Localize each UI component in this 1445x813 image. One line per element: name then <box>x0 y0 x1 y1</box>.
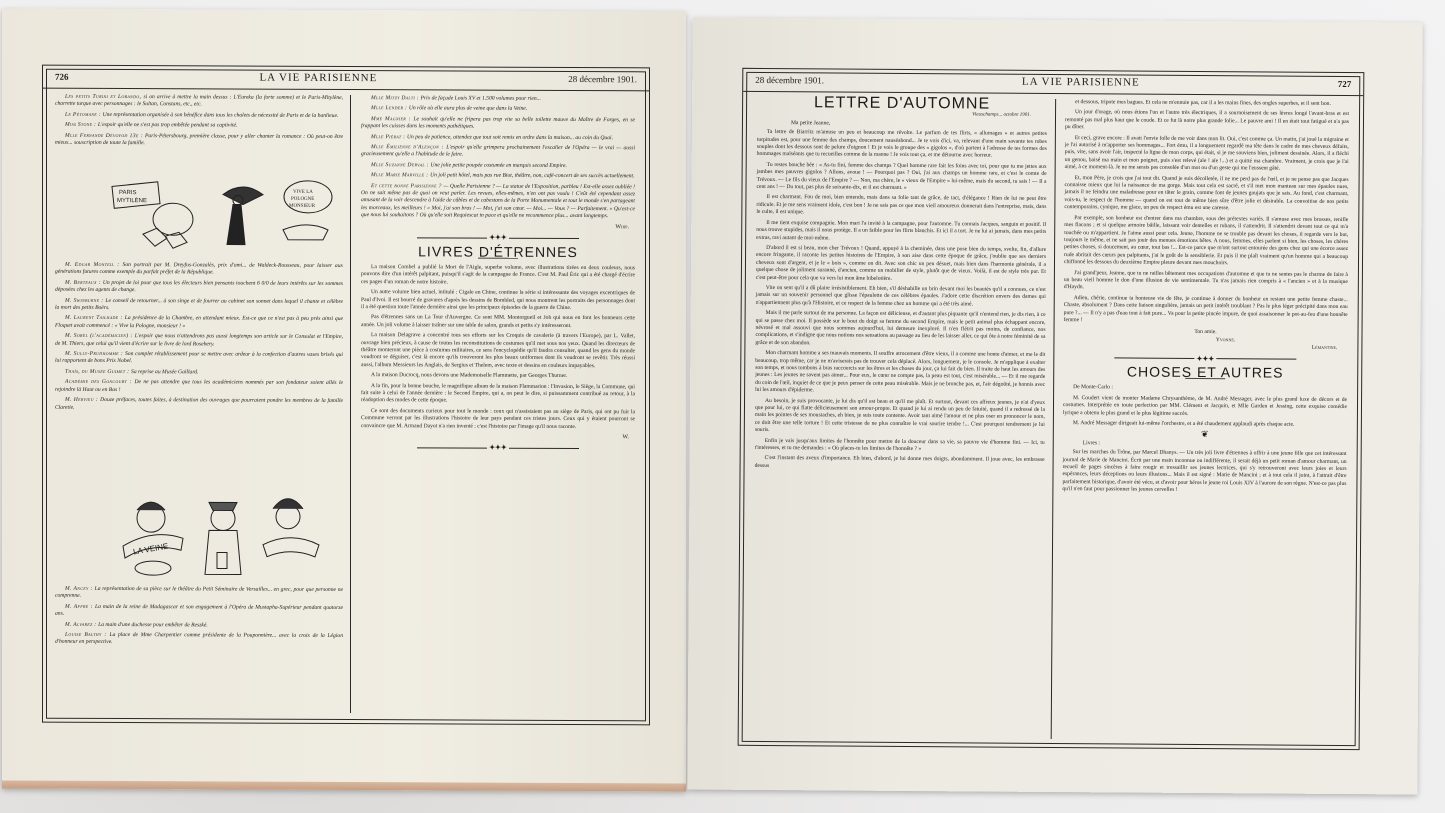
entry-text: La main de la reine de Madagascar et son… <box>55 604 343 617</box>
page-number: 726 <box>55 72 69 82</box>
entry-name: M. Ancey : <box>65 586 95 592</box>
lettre-column-1: LETTRE D'AUTOMNE Vieuxchamps... octobre … <box>755 97 1048 475</box>
left-page-column-1c: M. Ancey : La représentation de sa pièce… <box>55 586 343 651</box>
paragraph: Et ceci, grave encore : Il avait l'envie… <box>1065 135 1349 174</box>
entry: Académie des Goncourt : De ne pas attend… <box>55 379 343 395</box>
entry-name: M. Edgar Monteil : <box>65 262 123 268</box>
issue-date: 28 décembre 1901. <box>568 74 637 84</box>
paragraph: C'est l'instant des aveux d'importance. … <box>755 455 1045 472</box>
paragraph: Il est charmant. Fou de moi, bien entend… <box>756 194 1046 218</box>
fleuron-divider: ✦✦✦ <box>1063 355 1347 364</box>
entry-text: Une représentation organisée à son bénéf… <box>103 112 339 119</box>
right-page: 28 décembre 1901. LA VIE PARISIENNE 727 … <box>687 17 1422 794</box>
paragraph: Ta lettre de Biarritz m'amuse un peu et … <box>757 129 1047 161</box>
entry: Et cette bonne Parisienne ? — Quelle Par… <box>361 183 635 221</box>
choses-autres-heading: CHOSES ET AUTRES <box>1063 368 1347 377</box>
w-signature: W. <box>361 433 629 442</box>
entry-name: M. Sorel (l'académicien) : <box>65 333 135 339</box>
paragraph: De Monte-Carlo : <box>1063 384 1347 393</box>
entry-text: Une jolie petite poupée costumée en marq… <box>430 162 566 169</box>
entry: Thaïs, du Musée Guimet : Sa reprise au M… <box>55 369 343 378</box>
paragraph: M. Coudert vient de monter Madame Chrysa… <box>1063 395 1347 419</box>
left-page-column-1b: M. Edgar Monteil : Son portrait par M. D… <box>55 262 343 416</box>
left-page-column-1: Les petits Turini et Lorando, si on arri… <box>55 94 343 152</box>
entry-name: M. Swinburne : <box>65 297 105 303</box>
fleuron-divider-end: ✦✦✦ <box>361 445 635 454</box>
entry-name: Louise Balthy : <box>65 632 109 638</box>
entry: Miss Stone : L'espoir qu'elle ne s'est p… <box>55 122 343 131</box>
paragraph: Vite on sent qu'il a dû plaire irrésisti… <box>756 285 1046 309</box>
lettre-automne-heading: LETTRE D'AUTOMNE <box>757 99 1047 108</box>
paragraph: Par exemple, son bonheur est d'entrer da… <box>1064 215 1348 269</box>
entry-name: Mlle Lender : <box>371 106 409 112</box>
entry-text: Sa reprise au Musée Gaillard. <box>131 369 198 375</box>
caricature-illustration-top: PARIS MYTILÈNE VIVE LA POLOGNE MONSIEUR <box>103 174 343 255</box>
lettre-column-2: et dessous, tripote mes bagues. Et cela … <box>1062 99 1349 498</box>
entry-name: Les petits Turini et Lorando, <box>65 94 143 100</box>
fleuron-divider: ✦✦✦ <box>361 234 635 243</box>
entry-text: Un joli petit hôtel, mais pas rue Biot, … <box>430 173 634 180</box>
entry-name: Académie des Goncourt : <box>65 379 134 385</box>
paragraph: J'ai grand'peur, Jeanne, que tu ne raill… <box>1064 270 1348 294</box>
entry-text: Un rôle où elle aura plus de veine que d… <box>409 106 527 113</box>
entry: Mme Magnier : Le souhait qu'elle ne frip… <box>361 116 635 132</box>
svg-text:LA VEINE: LA VEINE <box>132 542 169 557</box>
entry-text: Un peu de patience, attendez que tout so… <box>407 134 613 141</box>
entry-name: M. Sully-Prudhomme : <box>65 351 125 357</box>
entry-text: Prix de façade Louis XV et 1.500 volumes… <box>421 95 541 102</box>
entry-name: M. Alvarez : <box>65 621 98 627</box>
paragraph: A la maison Ducrocq, nous devons une Mad… <box>361 372 635 381</box>
entry-text: La représentation de sa pièce sur le thé… <box>55 586 343 599</box>
entry-name: Mlle Émilienne d'Alençon : <box>371 144 446 150</box>
entry: Mlle Marie Marville : Un joli petit hôte… <box>361 172 635 181</box>
entry: Mlle Fernande Dévoyod 13e : Paris-Péters… <box>55 132 343 148</box>
entry-name: Mlle Fernande Dévoyod 13e : <box>65 132 145 138</box>
caricature-illustration-bottom: LA VEINE <box>113 494 333 581</box>
left-running-header: 726 LA VIE PARISIENNE 28 décembre 1901. <box>43 66 649 92</box>
livres-etrennes-heading: LIVRES D'ÉTRENNES <box>361 248 635 257</box>
whip-signature: Whip. <box>361 223 629 232</box>
svg-text:POLOGNE: POLOGNE <box>291 197 314 202</box>
entry: Mlle Émilienne d'Alençon : L'espoir qu'e… <box>361 144 635 160</box>
svg-text:VIVE LA: VIVE LA <box>293 190 313 195</box>
entry-name: Mme Magnier : <box>371 116 413 122</box>
livres-review: Sur les marches du Trône, par Marcel Dha… <box>1062 449 1346 495</box>
entry-name: M. Berteaux : <box>65 280 103 286</box>
publication-title: LA VIE PARISIENNE <box>1022 76 1140 89</box>
right-running-header: 28 décembre 1901. LA VIE PARISIENNE 727 <box>743 69 1363 96</box>
paragraph: Et, mon Père, je crois que j'ai tout dit… <box>1064 175 1348 214</box>
page-number: 727 <box>1338 79 1352 89</box>
entry: Mlle Piérat : Un peu de patience, attend… <box>361 134 635 143</box>
left-page-column-2: Mlle Mitzy Dalti : Prix de façade Louis … <box>361 95 635 457</box>
entry-name: Thaïs, du Musée Guimet : <box>65 369 131 375</box>
entry-name: Le Pétomane : <box>65 112 103 118</box>
entry: M. Berteaux : Un projet de loi pour que … <box>55 280 343 296</box>
salutation: Ma petite Jeanne, <box>791 120 1047 129</box>
paragraph: Tu restes bouche bée : « As-tu fini, fem… <box>756 162 1046 194</box>
paragraph: Mais il me parle surtout de ma personne.… <box>755 310 1045 349</box>
entry-text: La main d'une duchesse pour embêter de R… <box>98 622 208 628</box>
paragraph: La maison Delagrave a concentré tous ses… <box>361 332 635 370</box>
livres-label: Livres : <box>1083 440 1347 449</box>
entry: Louise Balthy : La place de Mme Charpent… <box>55 632 343 648</box>
entry-name: Mlle Suzanne Derval : <box>371 162 430 168</box>
entry: Mlle Mitzy Dalti : Prix de façade Louis … <box>361 95 635 104</box>
column-divider <box>350 95 351 713</box>
entry: Les petits Turini et Lorando, si on arri… <box>55 94 343 110</box>
entry: M. Sully-Prudhomme : Son complet rétabli… <box>55 351 343 367</box>
paragraph: Ce sont des documents curieux pour tout … <box>361 408 635 431</box>
paragraph: et dessous, tripote mes bagues. Et cela … <box>1065 99 1349 108</box>
issue-date: 28 décembre 1901. <box>755 75 824 85</box>
entry: Mlle Lender : Un rôle où elle aura plus … <box>361 105 635 114</box>
left-page-frame: 726 LA VIE PARISIENNE 28 décembre 1901. … <box>42 65 650 726</box>
author-signature: Lémantine. <box>1063 343 1337 352</box>
paragraph: Au besoin, je suis provocante, je lui di… <box>755 398 1045 437</box>
entry-name: M. Hervieu : <box>65 397 100 403</box>
paragraph: Mon charmant homme a ses mauvais moments… <box>755 350 1045 396</box>
entry: M. Laurent Tailhade : La présidence de l… <box>55 315 343 331</box>
entry-name: Mlle Piérat : <box>371 134 407 140</box>
entry: M. Affre : La main de la reine de Madaga… <box>55 604 343 620</box>
entry-name: Mlle Mitzy Dalti : <box>371 95 421 101</box>
grapes-ornament-icon: ❦ <box>1063 430 1347 439</box>
entry-name: Miss Stone : <box>65 122 98 128</box>
paragraph: Enfin je vais jusqu'aux limites de l'hon… <box>755 438 1045 455</box>
entry: M. Ancey : La représentation de sa pièce… <box>55 586 343 602</box>
paragraph: Un autre volume bien actuel, intitulé : … <box>361 289 635 312</box>
svg-text:MONSIEUR: MONSIEUR <box>289 204 316 209</box>
entry: M. Swinburne : Le conseil de retourner..… <box>55 297 343 313</box>
left-page: 726 LA VIE PARISIENNE 28 décembre 1901. … <box>2 9 686 792</box>
publication-title: LA VIE PARISIENNE <box>259 72 377 85</box>
svg-text:PARIS: PARIS <box>119 190 137 196</box>
entry-name: Et cette bonne Parisienne ? <box>371 183 443 189</box>
paragraph: Adieu, chérie, continue ta honteuse vie … <box>1064 295 1348 327</box>
entry-name: M. Affre : <box>65 604 95 610</box>
entry: Mlle Suzanne Derval : Une jolie petite p… <box>361 162 635 171</box>
entry: M. Alvarez : La main d'une duchesse pour… <box>55 621 343 630</box>
entry: M. Sorel (l'académicien) : L'espoir que … <box>55 333 343 349</box>
paragraph: A la fin, pour la bonne bouche, le magni… <box>361 383 635 406</box>
paragraph: La maison Combel a publié la Mort de l'A… <box>361 264 635 287</box>
entry: Le Pétomane : Une représentation organis… <box>55 112 343 121</box>
paragraph: Il me tient exquise compagnie. Mon mari … <box>756 220 1046 244</box>
paragraph: M. André Messager dirigeait lui-même l'o… <box>1063 420 1347 429</box>
svg-text:MYTILÈNE: MYTILÈNE <box>117 197 147 204</box>
entry-name: M. Laurent Tailhade : <box>65 315 125 321</box>
paragraph: Un jour d'orage, où nous étions l'un et … <box>1065 109 1349 133</box>
entry-name: Mlle Marie Marville : <box>371 172 430 178</box>
paragraph: D'abord il est si beau, mon cher Trévoux… <box>756 245 1046 284</box>
right-page-frame: 28 décembre 1901. LA VIE PARISIENNE 727 … <box>738 68 1365 750</box>
paragraph: Pas d'étrennes sans un La Tour d'Auvergn… <box>361 314 635 330</box>
entry: M. Edgar Monteil : Son portrait par M. D… <box>55 262 343 278</box>
entry-text: L'espoir qu'elle ne s'est pas trop embêt… <box>98 122 237 129</box>
entry: M. Hervieu : Douze préfaces, toutes fait… <box>55 397 343 413</box>
